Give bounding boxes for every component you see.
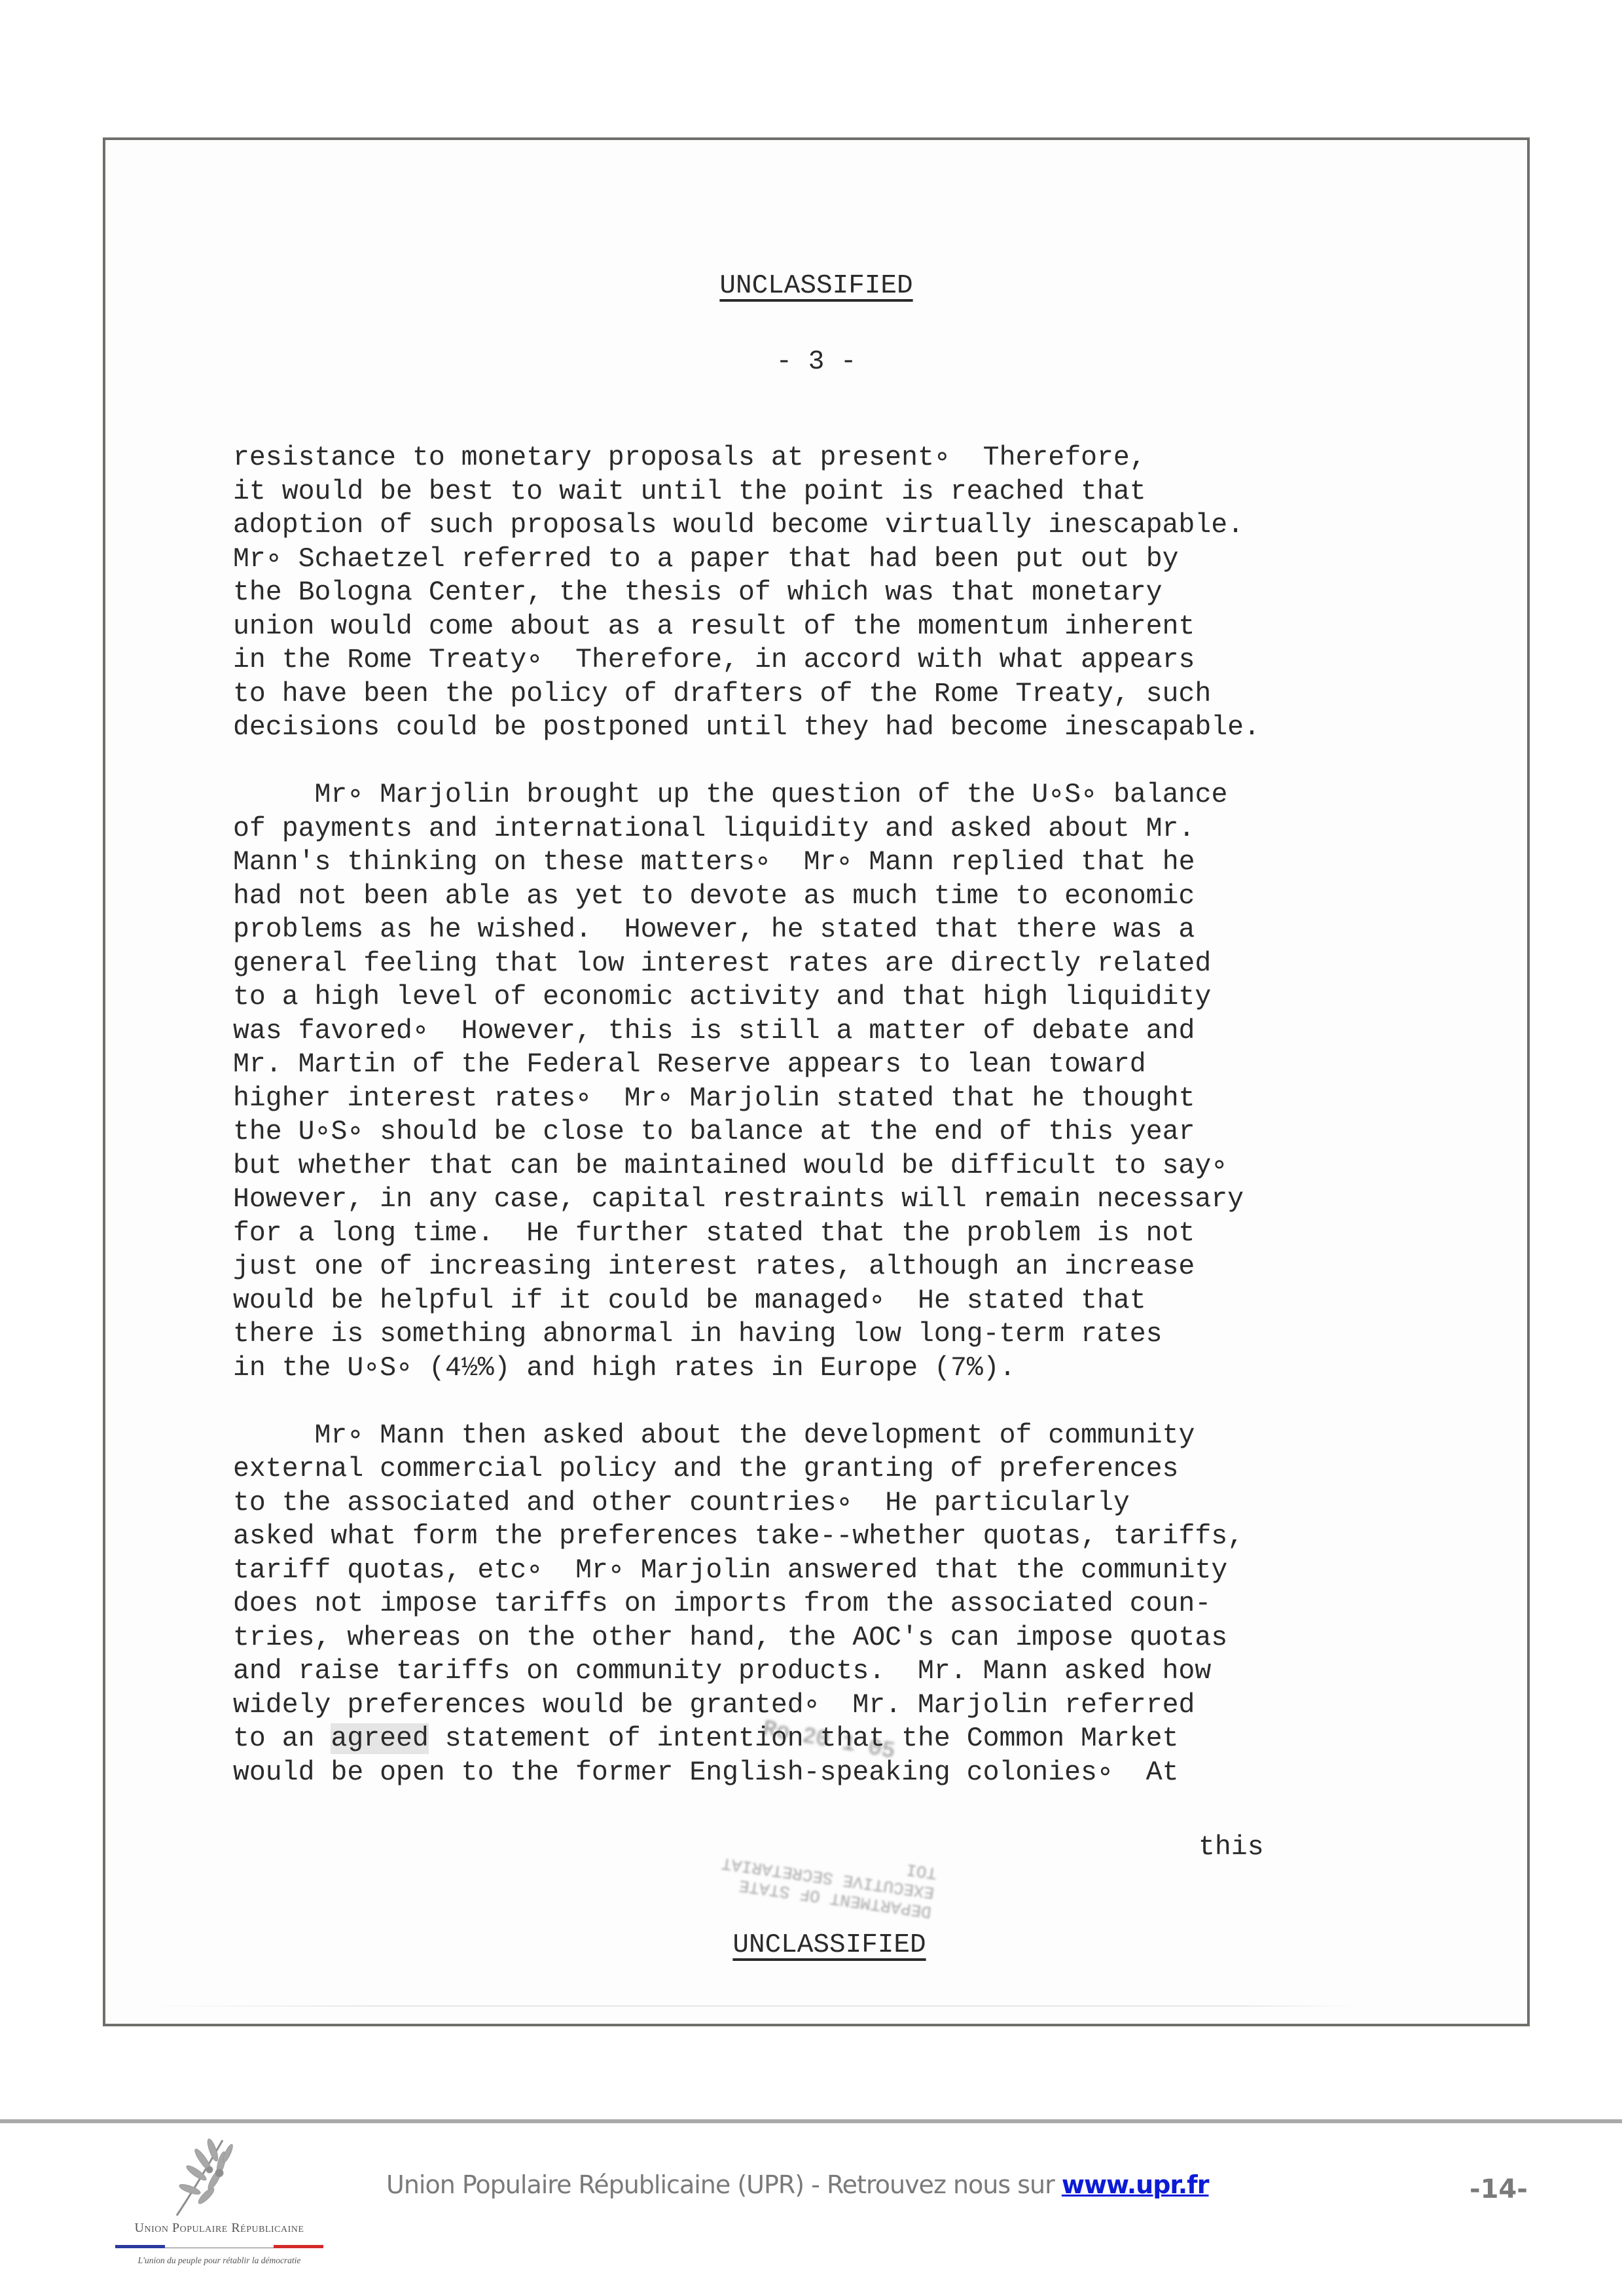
text-line: does not impose tariffs on imports from … [233, 1587, 1477, 1621]
text-line: Mr∘ Marjolin brought up the question of … [233, 778, 1477, 812]
text-line: would be helpful if it could be managed∘… [233, 1284, 1477, 1318]
text-line: had not been able as yet to devote as mu… [233, 880, 1477, 914]
text-line: to have been the policy of drafters of t… [233, 677, 1477, 711]
flag-red [274, 2245, 323, 2248]
text-line: was favored∘ However, this is still a ma… [233, 1014, 1477, 1049]
text-line: decisions could be postponed until they … [233, 711, 1477, 745]
text-line: it would be best to wait until the point… [233, 475, 1477, 509]
text-line: Mr. Martin of the Federal Reserve appear… [233, 1048, 1477, 1082]
department-of-state-stamp: DEPARTMENT OF STATEEXECUTIVE SECRETARIAT… [671, 1808, 941, 1922]
footer-page-number: -14- [1470, 2174, 1528, 2204]
tricolor-flag-bar [115, 2245, 323, 2248]
text-line: asked what form the preferences take--wh… [233, 1520, 1477, 1554]
upr-logo: Union Populaire Républicaine L'union du … [111, 2127, 327, 2278]
paragraph: resistance to monetary proposals at pres… [233, 441, 1477, 745]
scanned-document-page: UNCLASSIFIED - 3 - resistance to monetar… [103, 137, 1530, 2026]
text-line: external commercial policy and the grant… [233, 1452, 1477, 1486]
text-line: Mann's thinking on these matters∘ Mr∘ Ma… [233, 846, 1477, 880]
text-line: resistance to monetary proposals at pres… [233, 441, 1477, 475]
text-line: Mr∘ Schaetzel referred to a paper that h… [233, 543, 1477, 577]
text-line: union would come about as a result of th… [233, 610, 1477, 644]
continuation-word: this [1199, 1832, 1264, 1863]
text-line: to a high level of economic activity and… [233, 980, 1477, 1014]
classification-footer: UNCLASSIFIED [105, 1930, 1527, 1960]
classification-footer-text: UNCLASSIFIED [732, 1930, 926, 1960]
logo-name: Union Populaire Républicaine [111, 2221, 327, 2236]
text-line: widely preferences would be granted∘ Mr.… [233, 1689, 1477, 1723]
text-line: there is something abnormal in having lo… [233, 1318, 1477, 1352]
text-line: the Bologna Center, the thesis of which … [233, 576, 1477, 610]
classification-header-text: UNCLASSIFIED [719, 271, 912, 301]
upr-website-link[interactable]: www.upr.fr [1062, 2170, 1209, 2199]
text-line: of payments and international liquidity … [233, 812, 1477, 846]
text-line: just one of increasing interest rates, a… [233, 1250, 1477, 1284]
text-line: problems as he wished. However, he state… [233, 913, 1477, 947]
classification-header: UNCLASSIFIED [105, 271, 1527, 301]
footer-divider [0, 2119, 1622, 2123]
text-line: to the associated and other countries∘ H… [233, 1486, 1477, 1520]
scan-artifact-line [145, 2005, 1357, 2007]
text-line: and raise tariffs on community products.… [233, 1655, 1477, 1689]
document-page-marker: - 3 - [105, 347, 1527, 377]
footer-text: Union Populaire Républicaine (UPR) - Ret… [386, 2170, 1208, 2199]
text-line: but whether that can be maintained would… [233, 1149, 1477, 1183]
flag-white [165, 2245, 273, 2248]
text-line: the U∘S∘ should be close to balance at t… [233, 1115, 1477, 1149]
text-line: general feeling that low interest rates … [233, 947, 1477, 981]
paragraph: Mr∘ Marjolin brought up the question of … [233, 778, 1477, 1385]
logo-tagline: L'union du peuple pour rétablir la démoc… [111, 2255, 327, 2266]
text-line: tries, whereas on the other hand, the AO… [233, 1621, 1477, 1655]
text-line: for a long time. He further stated that … [233, 1217, 1477, 1251]
text-line: tariff quotas, etc∘ Mr∘ Marjolin answere… [233, 1554, 1477, 1588]
text-line: Mr∘ Mann then asked about the developmen… [233, 1419, 1477, 1453]
text-line: higher interest rates∘ Mr∘ Marjolin stat… [233, 1082, 1477, 1116]
text-line: in the U∘S∘ (4½%) and high rates in Euro… [233, 1352, 1477, 1386]
text-line: adoption of such proposals would become … [233, 509, 1477, 543]
document-body: resistance to monetary proposals at pres… [233, 441, 1477, 1823]
olive-branch-icon [151, 2134, 281, 2219]
text-line: in the Rome Treaty∘ Therefore, in accord… [233, 643, 1477, 677]
footer-caption: Union Populaire Républicaine (UPR) - Ret… [386, 2170, 1062, 2199]
text-line: However, in any case, capital restraints… [233, 1183, 1477, 1217]
flag-blue [115, 2245, 165, 2248]
